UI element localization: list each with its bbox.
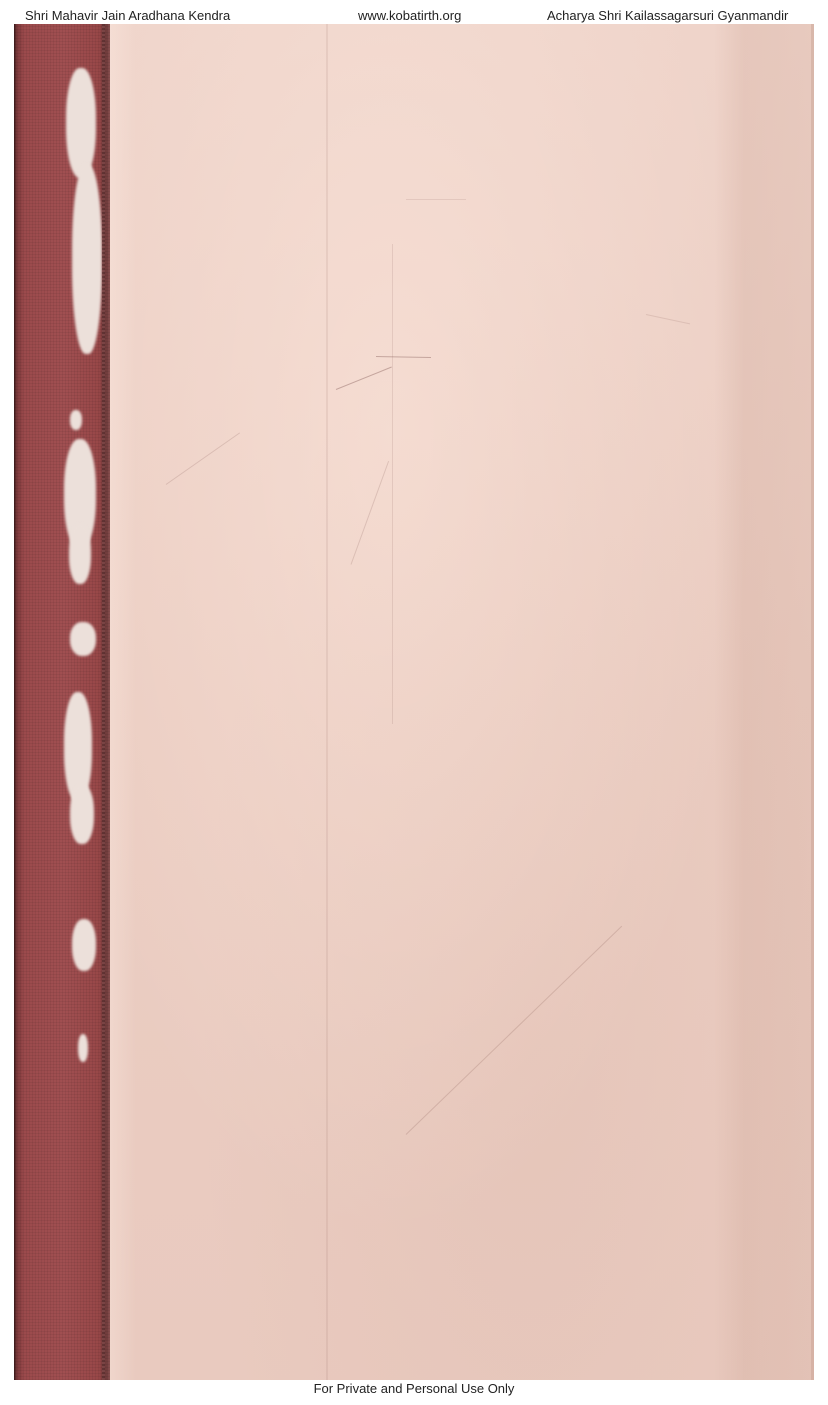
spine-wear-patch xyxy=(70,410,82,430)
spine-wear-patch xyxy=(69,524,91,584)
paper-scratch xyxy=(166,432,240,484)
paper-crease xyxy=(392,244,393,724)
header-website-text: www.kobatirth.org xyxy=(358,8,461,24)
paper-scratch xyxy=(351,461,390,565)
header-left-text: Shri Mahavir Jain Aradhana Kendra xyxy=(25,8,230,24)
spine-stitch-line xyxy=(102,24,105,1380)
paper-scratch xyxy=(336,367,392,390)
cover-paper xyxy=(106,24,814,1380)
paper-right-band xyxy=(714,24,814,1380)
paper-fold-line xyxy=(326,24,328,1380)
header-right-text: Acharya Shri Kailassagarsuri Gyanmandir xyxy=(547,8,788,24)
spine-wear-patch xyxy=(66,68,96,178)
scanned-book-cover xyxy=(14,24,814,1380)
spine-wear-patch xyxy=(78,1034,88,1062)
spine-wear-patch xyxy=(70,784,94,844)
footer-text: For Private and Personal Use Only xyxy=(0,1381,828,1397)
paper-scratch xyxy=(646,314,690,324)
paper-scratch xyxy=(376,356,431,358)
spine-wear-patch xyxy=(70,622,96,656)
paper-scratch xyxy=(406,199,466,200)
paper-scratch-long xyxy=(406,926,622,1135)
spine-wear-patch xyxy=(72,164,102,354)
spine-wear-patch xyxy=(72,919,96,971)
paper-right-edge xyxy=(811,24,814,1380)
cloth-spine xyxy=(14,24,110,1380)
